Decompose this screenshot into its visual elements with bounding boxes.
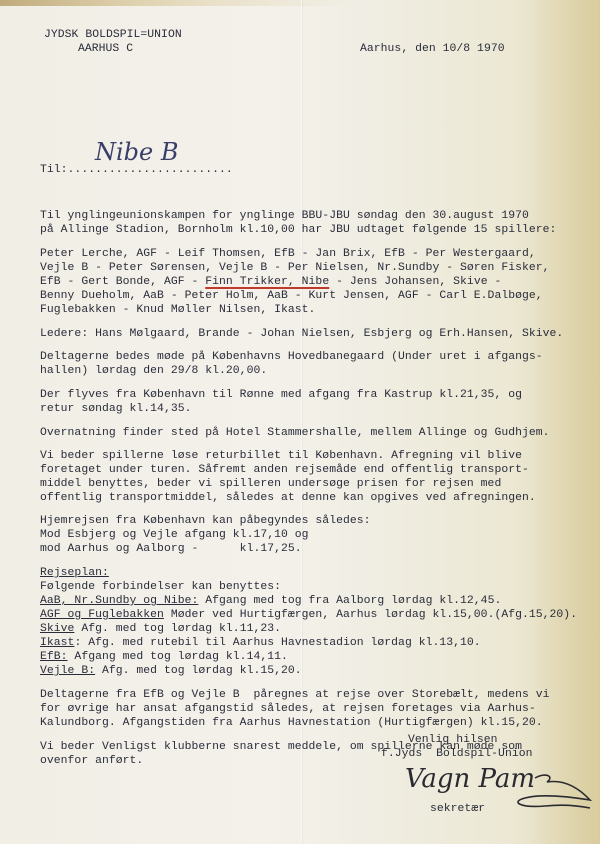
travel-plan-intro: Følgende forbindelser kan benyttes: — [40, 580, 281, 594]
signature-flourish-icon — [505, 770, 595, 810]
text-line: Kalundborg. Afgangstiden fra Aarhus Havn… — [40, 716, 543, 730]
leaders-line: Ledere: Hans Mølgaard, Brande - Johan Ni… — [40, 327, 563, 341]
text-line: middel benyttes, beder vi spilleren unde… — [40, 477, 501, 491]
travel-plan-item: EfB: Afgang med tog lørdag kl.14,11. — [40, 650, 288, 664]
text-line: på Allinge Stadion, Bornholm kl.10,00 ha… — [40, 223, 556, 237]
text-line: mod Aarhus og Aalborg - kl.17,25. — [40, 542, 302, 556]
text-line: retur søndag kl.14,35. — [40, 402, 191, 416]
signature-org: f.Jyds Boldspil-Union — [381, 747, 532, 761]
travel-plan-heading: Rejseplan: — [40, 566, 109, 580]
text-line: hallen) lørdag den 29/8 kl.20,00. — [40, 364, 267, 378]
text-line: EfB - Gert Bonde, AGF - Finn Trikker, Ni… — [40, 275, 501, 289]
text-line: Vejle B - Peter Sørensen, Vejle B - Per … — [40, 261, 550, 275]
text-line: Vi beder spillerne løse returbillet til … — [40, 449, 522, 463]
text-line: Benny Dueholm, AaB - Peter Holm, AaB - K… — [40, 289, 543, 303]
org-name: JYDSK BOLDSPIL=UNION — [44, 28, 182, 42]
text-line: Deltagerne bedes møde på Københavns Hove… — [40, 350, 543, 364]
org-city: AARHUS C — [78, 42, 133, 56]
text-line: Mod Esbjerg og Vejle afgang kl.17,10 og — [40, 528, 309, 542]
text-line: foretaget under turen. Såfremt anden rej… — [40, 463, 529, 477]
text-line: Deltagerne fra EfB og Vejle B påregnes a… — [40, 688, 550, 702]
travel-plan-item: AGF og Fuglebakken Møder ved Hurtigfærge… — [40, 608, 577, 622]
travel-plan-item: Skive Afg. med tog lørdag kl.11,23. — [40, 622, 281, 636]
travel-plan-item: Vejle B: Afg. med tog lørdag kl.15,20. — [40, 664, 302, 678]
hotel-line: Overnatning finder sted på Hotel Stammer… — [40, 426, 550, 440]
travel-plan-item: AaB, Nr.Sundby og Nibe: Afgang med tog f… — [40, 594, 501, 608]
travel-plan-item: Ikast: Afg. med rutebil til Aarhus Havne… — [40, 636, 481, 650]
text-line: Hjemrejsen fra København kan påbegyndes … — [40, 514, 371, 528]
signature-title: sekretær — [430, 802, 485, 816]
text-line: Peter Lerche, AGF - Leif Thomsen, EfB - … — [40, 247, 536, 261]
paper-stain — [0, 0, 600, 6]
text-line: Fuglebakken - Knud Møller Nilsen, Ikast. — [40, 303, 315, 317]
recipient-handwritten: Nibe B — [95, 138, 179, 166]
text-line: offentlig transportmiddel, således at de… — [40, 491, 536, 505]
text-line: Til ynglingeunionskampen for ynglinge BB… — [40, 209, 529, 223]
text-line: for øvrige har ansat afgangstid således,… — [40, 702, 536, 716]
highlighted-player: Finn Trikker, Nibe — [205, 276, 329, 288]
greeting: Venlig hilsen — [408, 733, 498, 747]
letter-date: Aarhus, den 10/8 1970 — [360, 42, 505, 56]
text-line: Der flyves fra København til Rønne med a… — [40, 388, 522, 402]
text-line: ovenfor anført. — [40, 754, 143, 768]
